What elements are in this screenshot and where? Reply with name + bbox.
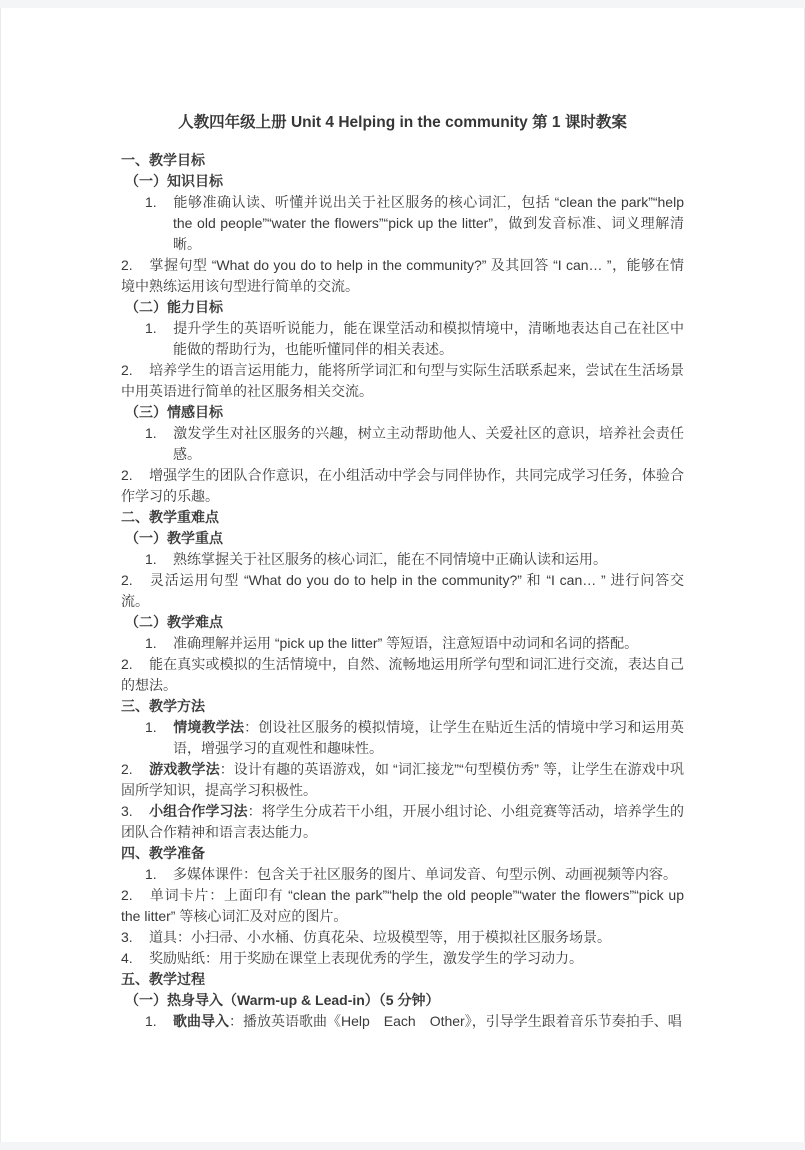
list-item: 2.游戏教学法：设计有趣的英语游戏，如 “词汇接龙”“句型模仿秀” 等，让学生在…: [121, 759, 684, 801]
list-item: 1.激发学生对社区服务的兴趣，树立主动帮助他人、关爱社区的意识，培养社会责任感。: [121, 423, 684, 465]
list-item: 2.培养学生的语言运用能力，能将所学词汇和句型与实际生活联系起来，尝试在生活场景…: [121, 360, 684, 402]
item-text: 熟练掌握关于社区服务的核心词汇，能在不同情境中正确认读和运用。: [173, 551, 607, 567]
list-item: 1.熟练掌握关于社区服务的核心词汇，能在不同情境中正确认读和运用。: [121, 549, 684, 570]
list-item: 2.增强学生的团队合作意识，在小组活动中学会与同伴协作，共同完成学习任务，体验合…: [121, 465, 684, 507]
section-heading-5: 五、教学过程: [121, 969, 684, 990]
item-number: 2.: [121, 570, 149, 591]
list-item: 1.情境教学法：创设社区服务的模拟情境，让学生在贴近生活的情境中学习和运用英语，…: [121, 717, 684, 759]
item-number: 1.: [145, 192, 173, 213]
list-item: 1.提升学生的英语听说能力，能在课堂活动和模拟情境中，清晰地表达自己在社区中能做…: [121, 318, 684, 360]
item-text: ：播放英语歌曲《Help Each Other》，引导学生跟着音乐节奏拍手、唱: [229, 1013, 682, 1029]
section-heading-1: 一、教学目标: [121, 150, 684, 171]
subsection-heading-difficult-points: （二）教学难点: [121, 612, 684, 633]
item-text: 提升学生的英语听说能力，能在课堂活动和模拟情境中，清晰地表达自己在社区中能做的帮…: [173, 320, 684, 357]
term-bold: 小组合作学习法: [149, 803, 248, 819]
item-text: 奖励贴纸：用于奖励在课堂上表现优秀的学生，激发学生的学习动力。: [149, 950, 583, 966]
section-heading-2: 二、教学重难点: [121, 507, 684, 528]
item-text: 培养学生的语言运用能力，能将所学词汇和句型与实际生活联系起来，尝试在生活场景中用…: [121, 362, 684, 399]
item-text: 能在真实或模拟的生活情境中，自然、流畅地运用所学句型和词汇进行交流，表达自己的想…: [121, 656, 684, 693]
item-text: 掌握句型 “What do you do to help in the comm…: [121, 257, 684, 294]
term-bold: 歌曲导入: [173, 1013, 229, 1029]
document-page: 人教四年级上册 Unit 4 Helping in the community …: [0, 8, 805, 1142]
item-number: 2.: [121, 885, 149, 906]
list-item: 2.掌握句型 “What do you do to help in the co…: [121, 255, 684, 297]
term-bold: 情境教学法: [173, 719, 244, 735]
list-item: 3.道具：小扫帚、小水桶、仿真花朵、垃圾模型等，用于模拟社区服务场景。: [121, 927, 684, 948]
item-text: 灵活运用句型 “What do you do to help in the co…: [121, 572, 684, 609]
subsection-heading-emotion-goals: （三）情感目标: [121, 402, 684, 423]
list-item: 1.准确理解并运用 “pick up the litter” 等短语，注意短语中…: [121, 633, 684, 654]
item-number: 2.: [121, 654, 149, 675]
section-heading-3: 三、教学方法: [121, 696, 684, 717]
item-number: 1.: [145, 717, 173, 738]
section-heading-4: 四、教学准备: [121, 843, 684, 864]
item-text: 准确理解并运用 “pick up the litter” 等短语，注意短语中动词…: [173, 635, 638, 651]
item-number: 3.: [121, 927, 149, 948]
item-text: 单词卡片：上面印有 “clean the park”“help the old …: [121, 887, 684, 924]
item-number: 2.: [121, 255, 149, 276]
subsection-heading-ability-goals: （二）能力目标: [121, 297, 684, 318]
subsection-heading-knowledge-goals: （一）知识目标: [121, 171, 684, 192]
item-number: 1.: [145, 549, 173, 570]
list-item: 3.小组合作学习法：将学生分成若干小组，开展小组讨论、小组竞赛等活动，培养学生的…: [121, 801, 684, 843]
list-item: 2.灵活运用句型 “What do you do to help in the …: [121, 570, 684, 612]
subsection-heading-warmup: （一）热身导入（Warm-up & Lead-in）（5 分钟）: [121, 990, 684, 1011]
item-text: 能够准确认读、听懂并说出关于社区服务的核心词汇，包括 “clean the pa…: [173, 194, 684, 252]
item-number: 4.: [121, 948, 149, 969]
item-number: 2.: [121, 360, 149, 381]
item-text: 道具：小扫帚、小水桶、仿真花朵、垃圾模型等，用于模拟社区服务场景。: [149, 929, 611, 945]
item-text: 增强学生的团队合作意识，在小组活动中学会与同伴协作，共同完成学习任务，体验合作学…: [121, 467, 684, 504]
term-bold: 游戏教学法: [149, 761, 220, 777]
item-number: 2.: [121, 759, 149, 780]
item-number: 1.: [145, 864, 173, 885]
list-item: 2.单词卡片：上面印有 “clean the park”“help the ol…: [121, 885, 684, 927]
document-canvas: 人教四年级上册 Unit 4 Helping in the community …: [0, 8, 805, 1142]
list-item: 1.多媒体课件：包含关于社区服务的图片、单词发音、句型示例、动画视频等内容。: [121, 864, 684, 885]
list-item: 1.能够准确认读、听懂并说出关于社区服务的核心词汇，包括 “clean the …: [121, 192, 684, 255]
list-item: 2.能在真实或模拟的生活情境中，自然、流畅地运用所学句型和词汇进行交流，表达自己…: [121, 654, 684, 696]
item-text: 激发学生对社区服务的兴趣，树立主动帮助他人、关爱社区的意识，培养社会责任感。: [173, 425, 684, 462]
item-number: 2.: [121, 465, 149, 486]
item-number: 1.: [145, 633, 173, 654]
item-number: 1.: [145, 318, 173, 339]
item-text: ：创设社区服务的模拟情境，让学生在贴近生活的情境中学习和运用英语，增强学习的直观…: [173, 719, 684, 756]
subsection-heading-key-points: （一）教学重点: [121, 528, 684, 549]
list-item: 1.歌曲导入：播放英语歌曲《Help Each Other》，引导学生跟着音乐节…: [121, 1011, 684, 1032]
item-number: 1.: [145, 423, 173, 444]
list-item: 4.奖励贴纸：用于奖励在课堂上表现优秀的学生，激发学生的学习动力。: [121, 948, 684, 969]
item-text: 多媒体课件：包含关于社区服务的图片、单词发音、句型示例、动画视频等内容。: [173, 866, 677, 882]
item-number: 1.: [145, 1011, 173, 1032]
page-title: 人教四年级上册 Unit 4 Helping in the community …: [121, 112, 684, 133]
item-number: 3.: [121, 801, 149, 822]
